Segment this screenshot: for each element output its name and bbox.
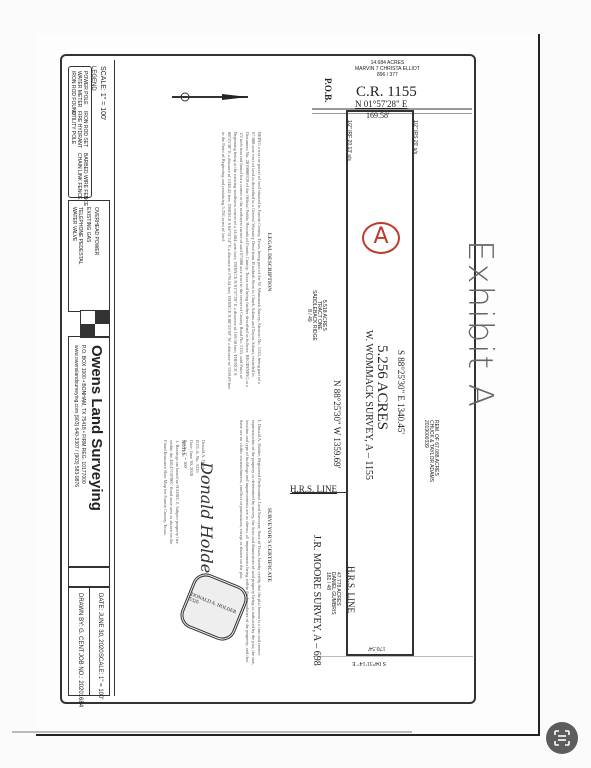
south-bearing: S 04°31'14" E bbox=[352, 660, 386, 666]
legend-item: WATER VALVE bbox=[71, 207, 77, 241]
info-box: DATE: JUNE 30, 2020 DRAWN BY: G. CENT SC… bbox=[68, 586, 110, 696]
page-edge-shadow bbox=[12, 731, 412, 733]
legal-description: LEGAL DESCRIPTION BEING a tract or parce… bbox=[220, 132, 272, 392]
scan-text-icon bbox=[553, 729, 571, 747]
west-call: N 88°25'30" W 1359.69' bbox=[332, 380, 342, 468]
east-call: S 88°25'30" E 1340.45' bbox=[396, 350, 406, 434]
exhibit-a-handwritten: Exhibit A bbox=[460, 240, 500, 409]
monument-label: 1/2" IRS 20' s/s bbox=[412, 120, 418, 154]
notes-heading: NOTES: bbox=[180, 440, 186, 550]
job-no-cell: JOB NO.: 20201684 bbox=[77, 653, 83, 707]
certificate-date: Date: June 30, 2020 bbox=[188, 440, 194, 500]
north-bearing: N 01°57'28" E bbox=[355, 99, 407, 109]
text-scan-button[interactable] bbox=[546, 722, 578, 754]
legend-item: EXISTING GAS bbox=[85, 207, 91, 242]
company-contact: www.owenslandsurveying.com (903) 640-330… bbox=[73, 345, 79, 487]
notes: NOTES: 1. Bearings are based on NAD83. 2… bbox=[162, 440, 186, 550]
date-cell: DATE: JUNE 30, 2020 bbox=[97, 593, 103, 653]
legend-item: POWER POLE bbox=[82, 71, 88, 105]
surveyor-name: Donald A. Holder bbox=[200, 440, 206, 500]
adjoiner-top: 14.684 ACRES MARVIN 7 CHRISTA ELLIOT 896… bbox=[355, 60, 420, 78]
adjoiner-line: 896 / 377 bbox=[355, 72, 420, 78]
hrs-line-label-2: H.R.S. LINE bbox=[346, 566, 356, 613]
parcel-marker-a: A bbox=[362, 222, 400, 254]
legend-item: IRON ROD SET bbox=[82, 111, 88, 147]
company-name: Owens Land Surveying bbox=[88, 345, 105, 511]
notes-body: 1. Bearings are based on NAD83. 2. Subje… bbox=[162, 440, 180, 550]
legal-description-heading: LEGAL DESCRIPTION bbox=[266, 132, 272, 392]
south-distance: 170.54' bbox=[368, 645, 386, 651]
certificate-heading: SURVEYOR'S CERTIFICATE bbox=[266, 420, 272, 670]
legend-item: UTILITY POLE bbox=[70, 111, 76, 144]
scale-cell: SCALE: 1" = 100' bbox=[97, 653, 103, 699]
boundary-east bbox=[412, 110, 414, 654]
seal-text: DONALD A. HOLDER 5326 bbox=[188, 593, 240, 622]
north-arrow-icon bbox=[170, 93, 250, 101]
stamp-cell bbox=[68, 566, 110, 588]
adjoiner-left: 5.518 ACRES TRACT ONE SADDLEBACK RIDGE 8… bbox=[306, 290, 326, 341]
adjoiner-right-bottom: 47.778 ACRES DANIEL GUMBRIS 181 / 48 bbox=[325, 572, 340, 615]
fence-legend-box: OVERHEAD POWER EXISTING GAS TELEPHONE PE… bbox=[68, 200, 110, 312]
north-distance: 169.58' bbox=[366, 111, 389, 120]
tract-survey: W. WOMMACK SURVEY, A – 1155 bbox=[363, 330, 374, 480]
tract-acres: 5.256 ACRES bbox=[373, 345, 390, 430]
surveyor-rpls: R.P.L.S. No. 5326 bbox=[194, 440, 200, 500]
company-box: Owens Land Surveying P.O. BOX 1000 • BON… bbox=[68, 336, 110, 568]
title-block: LEGEND SCALE: 1" = 100' POWER POLE WATER… bbox=[64, 60, 115, 696]
legend-item: WATER METER bbox=[76, 71, 82, 107]
scale-label: SCALE: 1" = 100' bbox=[99, 66, 106, 120]
legend-item: OVERHEAD POWER bbox=[93, 207, 99, 255]
company-address: P.O. BOX 1000 • BONHAM, TX 75418 • FIRM … bbox=[80, 345, 86, 484]
drawn-by-cell: DRAWN BY: G. CENT bbox=[77, 593, 83, 652]
road-line bbox=[312, 113, 472, 114]
legend-item: BARBED WIRE FENCE bbox=[82, 153, 88, 206]
pob-label: P.O.B. bbox=[323, 78, 333, 102]
monument-label: 1/2" IRF 20.13' s/s bbox=[346, 120, 352, 161]
legend-item: FIRE HYDRANT bbox=[76, 111, 82, 148]
adjacent-survey: J.R. MOORE SURVEY, A – 698 bbox=[311, 535, 322, 666]
certificate-body: I, Donald A. Holder, Registered Professi… bbox=[238, 420, 262, 670]
hrs-line-label: H.R.S. LINE bbox=[290, 484, 337, 494]
surveyor-certificate: SURVEYOR'S CERTIFICATE I, Donald A. Hold… bbox=[238, 420, 272, 670]
company-logo-icon bbox=[80, 310, 110, 338]
legend-item: TELEPHONE PEDESTAL bbox=[77, 207, 83, 264]
north-arrow-icon bbox=[170, 90, 250, 104]
legend-item: IRON ROD FOUND bbox=[70, 71, 76, 115]
adjoiner-right-top: REM. OF 67.088 ACRES CHUCK & TAYLOR ADAM… bbox=[423, 420, 438, 482]
legal-description-body: BEING a tract or parcel of land situated… bbox=[220, 132, 262, 392]
legend-box: POWER POLE WATER METER IRON ROD FOUND IR… bbox=[68, 66, 92, 198]
legend-item: CHAIN LINK FENCE bbox=[76, 153, 82, 199]
survey-line bbox=[313, 656, 473, 657]
